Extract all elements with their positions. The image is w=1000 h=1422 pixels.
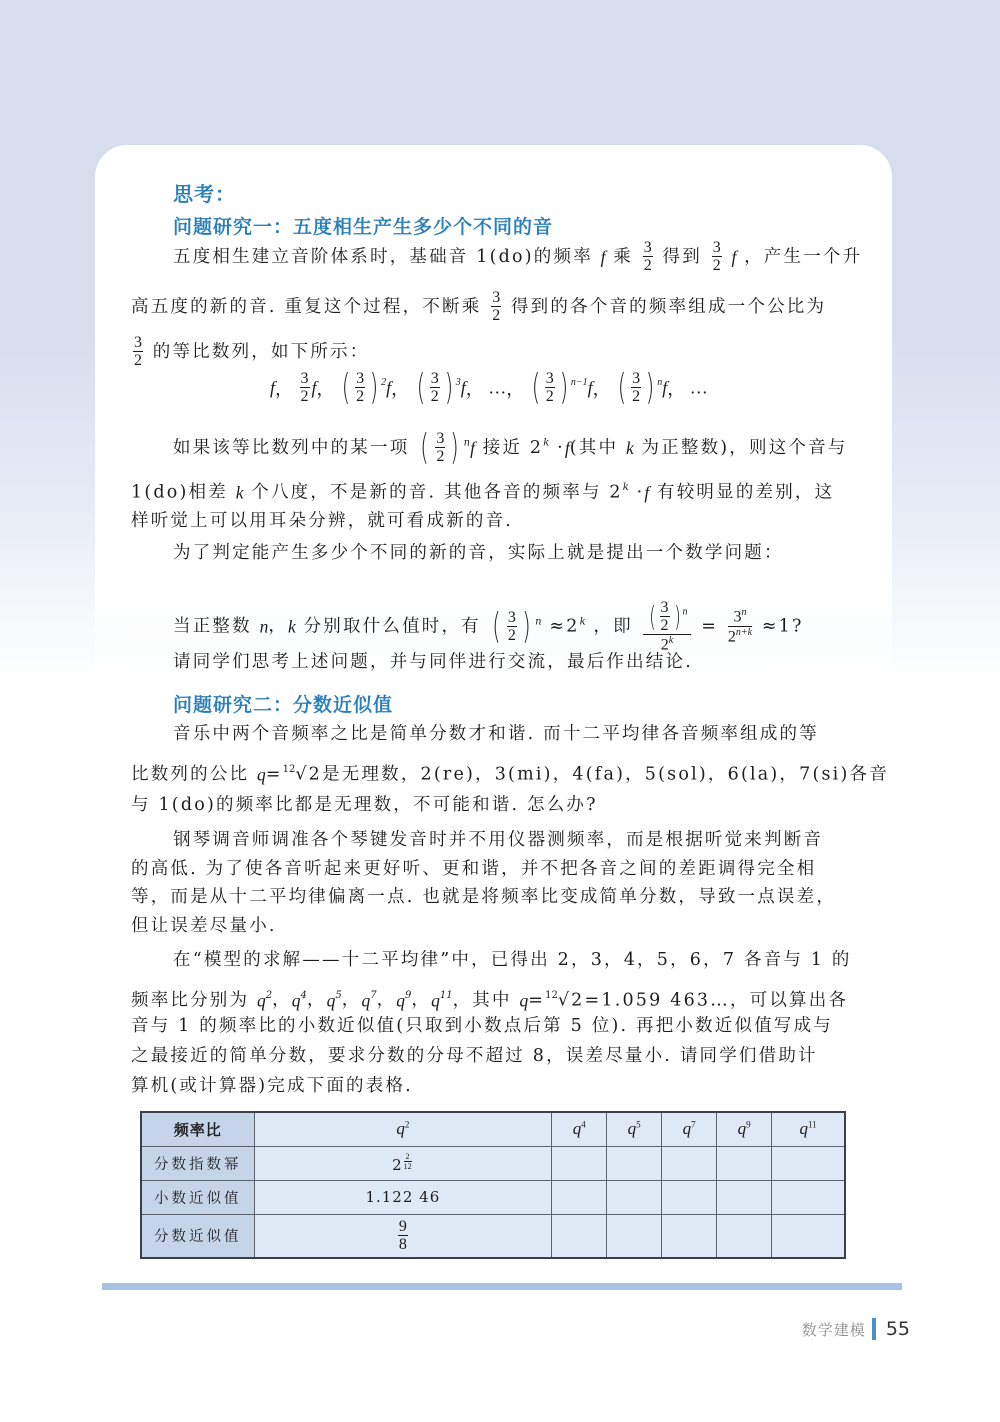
row-header: 频率比 (141, 1112, 254, 1146)
table-cell: 1.122 46 (254, 1180, 552, 1214)
table-cell[interactable] (772, 1214, 845, 1258)
table-row: 小数近似值 1.122 46 (141, 1180, 845, 1214)
table-cell: 2212 (254, 1146, 552, 1180)
table-row: 分数近似值 98 (141, 1214, 845, 1258)
fraction-3-2: 32 (491, 290, 501, 324)
table-cell: q5 (607, 1112, 662, 1146)
table-cell[interactable] (607, 1214, 662, 1258)
problem1-para1-line2: 高五度的新的音. 重复这个过程，不断乘 32 得到的各个音的频率组成一个公比为 (131, 290, 826, 324)
table-cell: 98 (254, 1214, 552, 1258)
text: 得到的各个音的频率组成一个公比为 (511, 297, 826, 317)
problem2-para2-line4: 但让误差尽量小. (131, 914, 277, 938)
problem1-para2-line1: 如果该等比数列中的某一项 (32)nf 接近 2k ·f(其中 k 为正整数)，… (173, 430, 848, 466)
table-cell[interactable] (772, 1146, 845, 1180)
problem2-para3-line4: 之最接近的简单分数，要求分数的分母不超过 8，误差尽量小. 请同学们借助计 (131, 1044, 818, 1068)
text: 乘 (613, 247, 633, 267)
problem1-question: 当正整数 n，k 分别取什么值时，有 (32)n ≈2k ，即 (32)n 2k… (173, 600, 804, 653)
problem1-para1-line3: 32 的等比数列，如下所示： (131, 335, 369, 369)
fraction-3-2: 32 (643, 240, 653, 274)
table-cell[interactable] (662, 1214, 717, 1258)
text: 接近 2 (483, 438, 544, 458)
problem1-para4: 请同学们思考上述问题，并与同伴进行交流，最后作出结论. (173, 650, 693, 674)
table-cell[interactable] (552, 1180, 607, 1214)
table-row: 频率比 q2 q4 q5 q7 q9 q11 (141, 1112, 845, 1146)
table-cell[interactable] (552, 1214, 607, 1258)
problem2-para1-line3: 与 1(do)的频率比都是无理数，不可能和谐. 怎么办? (131, 793, 598, 817)
table-cell: q4 (552, 1112, 607, 1146)
problem2-para3-line3: 音与 1 的频率比的小数近似值(只取到小数点后第 5 位). 再把小数近似值写成… (131, 1014, 833, 1038)
text: 高五度的新的音. 重复这个过程，不断乘 (131, 297, 481, 317)
frequency-ratio-table: 频率比 q2 q4 q5 q7 q9 q11 分数指数幂 2212 小数近似值 … (140, 1111, 846, 1259)
page-footer: 数学建模 55 (802, 1318, 910, 1340)
table-cell[interactable] (552, 1146, 607, 1180)
geometric-sequence-formula: f， 32f， (32)2f， (32)3f， …， (32)n−1f， (32… (270, 370, 708, 406)
problem2-para3-line1: 在“模型的求解——十二平均律”中，已得出 2，3，4，5，6，7 各音与 1 的 (173, 948, 852, 972)
problem1-para3: 为了判定能产生多少个不同的新的音，实际上就是提出一个数学问题： (173, 541, 784, 565)
fraction-3-2: 32 (712, 240, 722, 274)
page-number: 55 (886, 1318, 910, 1340)
table-cell[interactable] (717, 1214, 772, 1258)
problem1-para1-line1: 五度相生建立音阶体系时，基础音 1(do)的频率 f 乘 32 得到 32 f … (173, 240, 862, 274)
table-cell[interactable] (662, 1146, 717, 1180)
fraction-3-2: 32 (133, 335, 143, 369)
problem2-para2-line3: 等，而是从十二平均律偏离一点. 也就是将频率比变成简单分数，导致一点误差， (131, 885, 836, 909)
text: ，产生一个升 (744, 247, 862, 267)
table-cell[interactable] (662, 1180, 717, 1214)
text: 的等比数列，如下所示： (153, 342, 370, 362)
problem2-para2-line1: 钢琴调音师调准各个琴键发音时并不用仪器测频率，而是根据听觉来判断音 (173, 828, 823, 852)
footer-divider (872, 1318, 876, 1340)
table-cell[interactable] (772, 1180, 845, 1214)
problem1-heading: 问题研究一：五度相生产生多少个不同的音 (173, 212, 553, 239)
text: 如果该等比数列中的某一项 (173, 438, 409, 458)
problem2-para1-line2: 比数列的公比 q=12√2是无理数，2(re)，3(mi)，4(fa)，5(so… (131, 758, 889, 786)
table-cell[interactable] (607, 1180, 662, 1214)
section-title: 思考： (173, 178, 236, 207)
table-row: 分数指数幂 2212 (141, 1146, 845, 1180)
var-f: f (731, 247, 736, 267)
row-header: 分数近似值 (141, 1214, 254, 1258)
problem2-para2-line2: 的高低. 为了使各音听起来更好听、更和谐，并不把各音之间的差距调得完全相 (131, 857, 816, 881)
table-cell: q11 (772, 1112, 845, 1146)
problem2-heading: 问题研究二：分数近似值 (173, 690, 393, 717)
text: 得到 (663, 247, 702, 267)
row-header: 分数指数幂 (141, 1146, 254, 1180)
table-cell: q9 (717, 1112, 772, 1146)
problem2-para3-line2: 频率比分别为 q2，q4，q5，q7，q9，q11，其中 q=12√2=1.05… (131, 984, 848, 1012)
var-f: f (601, 247, 606, 267)
text: 为正整数)，则这个音与 (641, 438, 847, 458)
table-cell[interactable] (607, 1146, 662, 1180)
row-header: 小数近似值 (141, 1180, 254, 1214)
text: 五度相生建立音阶体系时，基础音 1(do)的频率 (173, 247, 593, 267)
problem2-para1-line1: 音乐中两个音频率之比是简单分数才和谐. 而十二平均律各音频率组成的等 (173, 722, 819, 746)
problem1-para2-line3: 样听觉上可以用耳朵分辨，就可看成新的音. (131, 509, 513, 533)
table-cell: q7 (662, 1112, 717, 1146)
fraction-nested: (32)n 2k (643, 600, 692, 653)
table-cell: q2 (254, 1112, 552, 1146)
problem2-para3-line5: 算机(或计算器)完成下面的表格. (131, 1074, 413, 1098)
chapter-name: 数学建模 (802, 1319, 866, 1340)
bottom-divider-bar (102, 1283, 902, 1290)
table-cell[interactable] (717, 1146, 772, 1180)
table-cell[interactable] (717, 1180, 772, 1214)
problem1-para2-line2: 1(do)相差 k 个八度，不是新的音. 其他各音的频率与 2k ·f 有较明显… (131, 476, 834, 504)
